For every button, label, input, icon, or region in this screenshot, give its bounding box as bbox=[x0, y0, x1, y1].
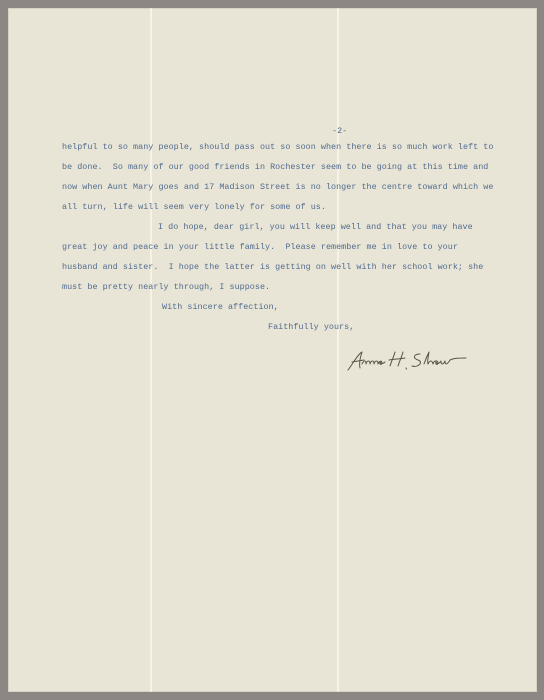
body-line: helpful to so many people, should pass o… bbox=[62, 142, 493, 152]
handwritten-signature: Anna H. Shaw bbox=[344, 346, 494, 376]
body-line: now when Aunt Mary goes and 17 Madison S… bbox=[62, 182, 493, 192]
body-line: great joy and peace in your little famil… bbox=[62, 242, 458, 252]
letter-page: -2- helpful to so many people, should pa… bbox=[8, 8, 537, 692]
body-line: be done. So many of our good friends in … bbox=[62, 162, 488, 172]
body-line: all turn, life will seem very lonely for… bbox=[62, 202, 326, 212]
closing-valediction: Faithfully yours, bbox=[268, 322, 354, 332]
page-number: -2- bbox=[332, 126, 347, 136]
paper-fold-line bbox=[337, 8, 339, 692]
body-line: I do hope, dear girl, you will keep well… bbox=[158, 222, 473, 232]
body-line: must be pretty nearly through, I suppose… bbox=[62, 282, 270, 292]
paper-fold-line bbox=[150, 8, 152, 692]
closing-salutation: With sincere affection, bbox=[162, 302, 279, 312]
body-line: husband and sister. I hope the latter is… bbox=[62, 262, 483, 272]
